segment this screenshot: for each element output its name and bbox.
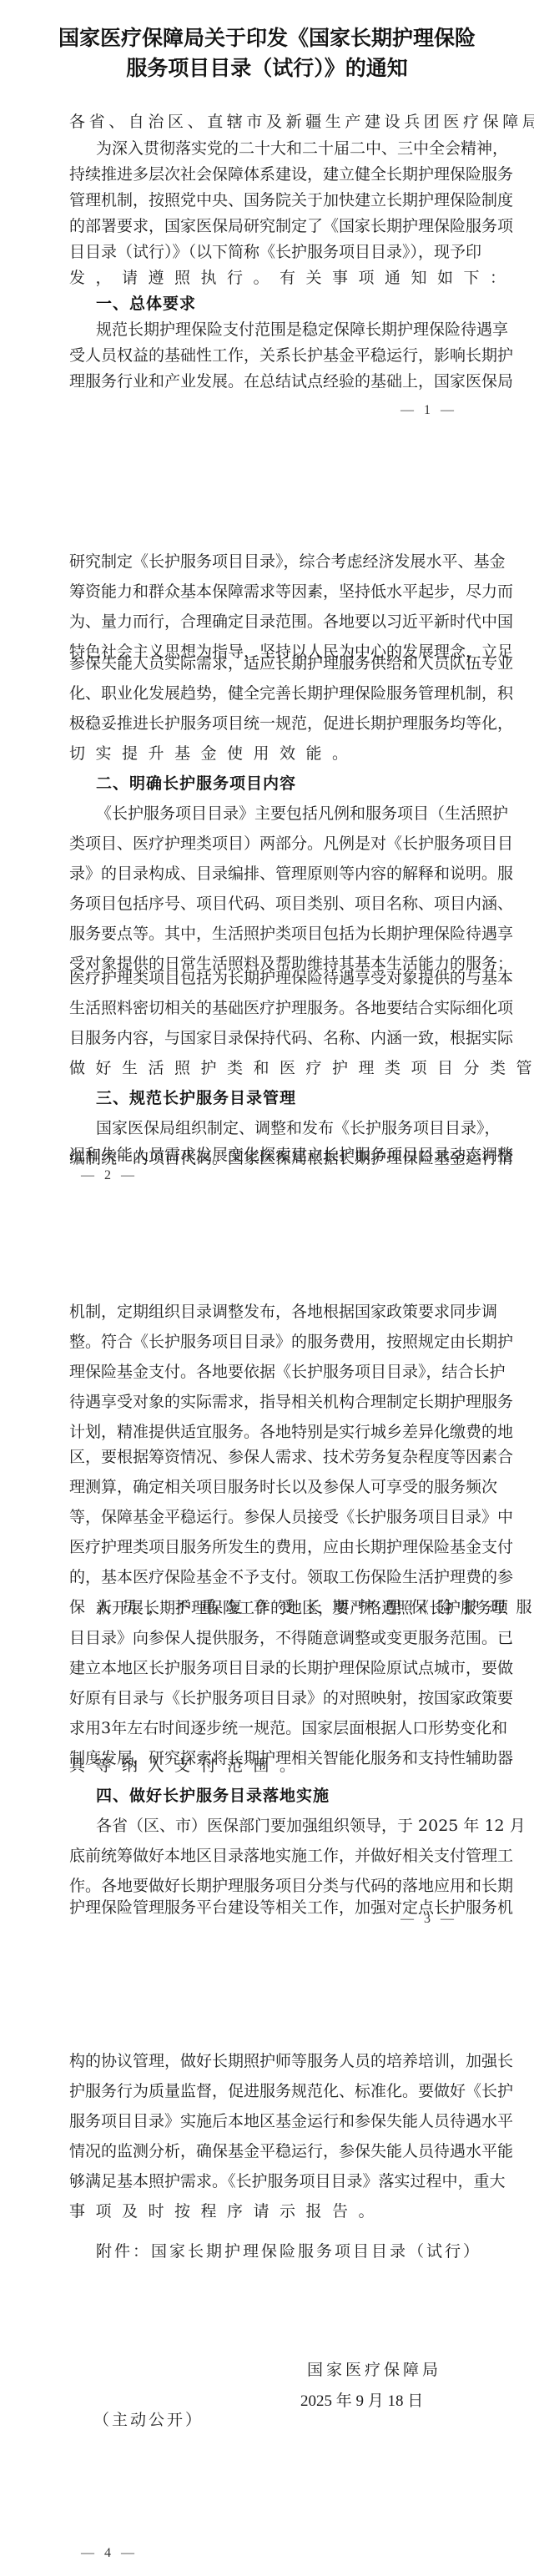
intro-line: 管理机制，按照党中央、国务院关于加快建立长期护理保险制度 [69,190,466,210]
body-line: 医疗护理类项目包括为长期护理保险待遇享受对象提供的与基本 [69,968,466,988]
attachment-note: 附件：国家长期护理保险服务项目目录（试行） [96,2241,481,2261]
body-line: 待遇享受对象的实际需求，指导相关机构合理制定长期护理服务 [69,1392,466,1412]
body-line: 事项及时按程序请示报告。 [69,2201,466,2221]
body-line: 具等纳入支付范围。 [69,1756,466,1776]
page-number-2: — 2 — [81,1167,138,1184]
intro-line: 发，请遵照执行。有关事项通知如下： [69,268,466,288]
body-line: 理服务行业和产业发展。在总结试点经验的基础上，国家医保局 [69,371,466,391]
page-number-3: — 3 — [400,1911,457,1928]
body-line: 情况的监测分析，确保基金平稳运行，参保失能人员待遇水平能 [69,2141,466,2161]
body-line: 类项目、医疗护理类项目）两部分。凡例是对《长护服务项目目 [69,834,466,854]
body-line: 目服务内容，与国家目录保持代码、名称、内涵一致，根据实际 [69,1028,466,1048]
body-line: 的，基本医疗保险基金不予支付。领取工伤保险生活护理费的参 [69,1567,466,1587]
body-line: 筹资能力和群众基本保障需求等因素，坚持低水平起步，尽力而 [69,582,466,602]
body-line: 理保险基金支付。各地要依据《长护服务项目目录》，结合长护 [69,1362,466,1382]
body-line: 各省（区、市）医保部门要加强组织领导，于 2025 年 12 月 [96,1816,466,1836]
issue-date: 2025 年 9 月 18 日 [300,2392,423,2412]
intro-line: 目目录（试行）》（以下简称《长护服务项目目录》），现予印 [69,242,466,262]
body-line: 机制，定期组织目录调整发布，各地根据国家政策要求同步调 [69,1302,466,1322]
body-line: 研究制定《长护服务项目目录》，综合考虑经济发展水平、基金 [69,552,466,572]
body-line: 参保失能人员实际需求，适应长期护理服务供给和人员队伍专业 [69,653,466,673]
body-line: 规范长期护理保险支付范围是稳定保障长期护理保险待遇享 [96,320,466,340]
body-line: 生活照料密切相关的基础医疗护理服务。各地要结合实际细化项 [69,998,466,1018]
intro-line: 为深入贯彻落实党的二十大和二十届二中、三中全会精神， [96,139,466,159]
body-line: 化、职业化发展趋势，健全完善长期护理保险服务管理机制，积 [69,683,466,703]
body-line: 国家医保局组织制定、调整和发布《长护服务项目目录》， [96,1118,466,1138]
body-line: 《长护服务项目目录》主要包括凡例和服务项目（生活照护 [96,804,466,824]
section-heading-2: 二、明确长护服务项目内容 [96,774,296,794]
issuer-name: 国家医疗保障局 [307,2360,441,2380]
body-line: 服务要点等。其中，生活照护类项目包括为长期护理保险待遇享 [69,924,466,944]
body-line: 况和失能人员需求发展变化探索建立长护服务项目目录动态调整 [69,1145,466,1165]
body-line: 底前统筹做好本地区目录落地实施工作，并做好相关支付管理工 [69,1846,466,1866]
body-line: 新开展长期护理保险工作的地区，要严格遵照《长护服务项 [96,1598,466,1618]
disclosure-label: （主动公开） [93,2410,204,2430]
body-line: 医疗护理类项目服务所发生的费用，应由长期护理保险基金支付 [69,1537,466,1557]
body-line: 服务项目目录》实施后本地区基金运行和参保失能人员待遇水平 [69,2111,466,2131]
body-line: 整。符合《长护服务项目目录》的服务费用，按照规定由长期护 [69,1332,466,1352]
page-number-1: — 1 — [400,402,457,419]
body-line: 务项目包括序号、项目代码、项目类别、项目名称、项目内涵、 [69,894,466,914]
document-title-line-1: 国家医疗保障局关于印发《国家长期护理保险 [0,23,534,53]
salutation: 各省、自治区、直辖市及新疆生产建设兵团医疗保障局： [69,112,534,132]
body-line: 护服务行为质量监督，促进服务规范化、标准化。要做好《长护 [69,2081,466,2101]
body-line: 做好生活照护类和医疗护理类项目分类管理。 [69,1058,466,1078]
page-number-4: — 4 — [81,2545,138,2562]
section-heading-1: 一、总体要求 [96,294,196,314]
body-line: 录》的目录构成、目录编排、管理原则等内容的解释和说明。服 [69,864,466,884]
body-line: 目目录》向参保人提供服务，不得随意调整或变更服务范围。已 [69,1628,466,1648]
body-line: 切实提升基金使用效能。 [69,744,466,764]
body-line: 理测算，确定相关项目服务时长以及参保人可享受的服务频次 [69,1477,466,1497]
body-line: 为、量力而行，合理确定目录范围。各地要以习近平新时代中国 [69,612,466,632]
body-line: 受人员权益的基础性工作，关系长护基金平稳运行，影响长期护 [69,345,466,365]
body-line: 够满足基本照护需求。《长护服务项目目录》落实过程中，重大 [69,2171,466,2191]
body-line: 区，要根据筹资情况、参保人需求、技术劳务复杂程度等因素合 [69,1447,466,1467]
body-line: 极稳妥推进长护服务项目统一规范，促进长期护理服务均等化， [69,713,466,733]
intro-line: 持续推进多层次社会保障体系建设，建立健全长期护理保险服务 [69,164,466,184]
body-line: 求用3年左右时间逐步统一规范。国家层面根据人口形势变化和 [69,1718,466,1738]
body-line: 建立本地区长护服务项目目录的长期护理保险原试点城市，要做 [69,1658,466,1678]
intro-line: 的部署要求，国家医保局研究制定了《国家长期护理保险服务项 [69,216,466,236]
document-page: 国家医疗保障局关于印发《国家长期护理保险 服务项目目录（试行）》的通知 各省、自… [0,0,534,2576]
body-line: 等，保障基金平稳运行。参保人员接受《长护服务项目目录》中 [69,1507,466,1527]
section-heading-3: 三、规范长护服务目录管理 [96,1088,296,1108]
body-line: 计划，精准提供适宜服务。各地特别是实行城乡差异化缴费的地 [69,1422,466,1442]
body-line: 构的协议管理，做好长期照护师等服务人员的培养培训，加强长 [69,2051,466,2071]
body-line: 作。各地要做好长期护理服务项目分类与代码的落地应用和长期 [69,1876,466,1896]
section-heading-4: 四、做好长护服务目录落地实施 [96,1786,330,1806]
body-line: 好原有目录与《长护服务项目目录》的对照映射，按国家政策要 [69,1688,466,1708]
document-title-line-2: 服务项目目录（试行）》的通知 [0,53,534,83]
